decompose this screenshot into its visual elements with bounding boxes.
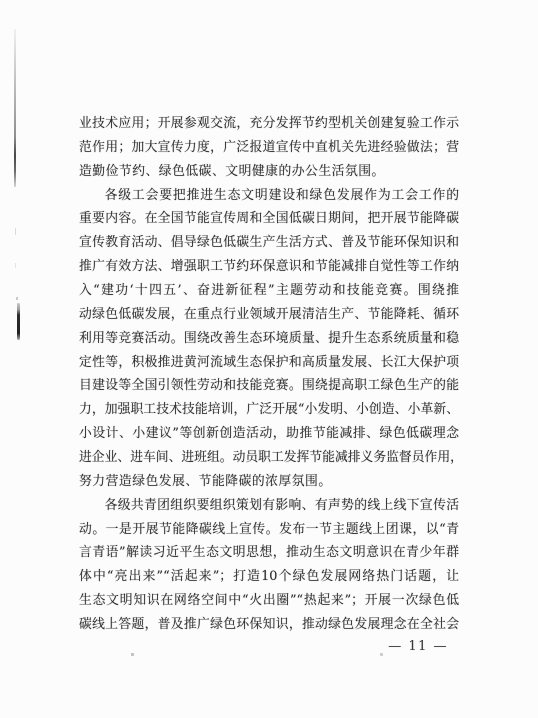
text-line: 体中“亮出来”“活起来”；打造10个绿色发展网络热门话题，让 [79, 565, 459, 589]
text-line: 重要内容。在全国节能宣传周和全国低碳日期间，把开展节能降碳 [79, 207, 459, 231]
text-line: 目建设等全国引领性劳动和技能竞赛。围绕提高职工绿色生产的能 [79, 374, 459, 398]
text-line: 各级共青团组织要组织策划有影响、有声势的线上线下宣传活 [79, 494, 459, 518]
text-line: 业技术应用；开展参观交流，充分发挥节约型机关创建复验工作示 [79, 112, 459, 136]
text-line: 宣传教育活动、倡导绿色低碳生产生活方式、普及节能环保知识和 [79, 231, 459, 255]
text-line: 各级工会要把推进生态文明建设和绿色发展作为工会工作的 [79, 184, 459, 208]
text-line: 言青语”解读习近平生态文明思想，推动生态文明意识在青少年群 [79, 541, 459, 565]
scanned-document-page: 业技术应用；开展参观交流，充分发挥节约型机关创建复验工作示 范作用；加大宣传力度… [0, 0, 538, 718]
page-number: — 11 — [388, 639, 448, 654]
scan-dark-dash-artifact [17, 303, 20, 340]
text-line: 进企业、进车间、进班组。动员职工发挥节能减排义务监督员作用， [79, 446, 459, 470]
scan-ink-dot-artifact [380, 653, 383, 656]
text-line: 范作用；加大宣传力度，广泛报道宣传中直机关先进经验做法；营 [79, 136, 459, 160]
scan-speck-artifact [15, 228, 16, 235]
scan-streak-artifact [14, 29, 16, 187]
text-line: 小设计、小建议”等创新创造活动，助推节能减排、绿色低碳理念 [79, 422, 459, 446]
text-line: 利用等竞赛活动。围绕改善生态环境质量、提升生态系统质量和稳 [79, 327, 459, 351]
text-line: 动绿色低碳发展，在重点行业领域开展清洁生产、节能降耗、循环 [79, 303, 459, 327]
document-body: 业技术应用；开展参观交流，充分发挥节约型机关创建复验工作示 范作用；加大宣传力度… [79, 112, 459, 637]
text-line: 动。一是开展节能降碳线上宣传。发布一节主题线上团课，以“青 [79, 518, 459, 542]
text-line: 生态文明知识在网络空间中“火出圈”“热起来”；开展一次绿色低 [79, 589, 459, 613]
text-line: 定性等，积极推进黄河流域生态保护和高质量发展、长江大保护项 [79, 351, 459, 375]
scan-speck-artifact [16, 297, 18, 300]
text-line: 力，加强职工技术技能培训，广泛开展“小发明、小创造、小革新、 [79, 398, 459, 422]
scan-speck-artifact [15, 263, 16, 268]
text-line: 入“建功‘十四五’、奋进新征程”主题劳动和技能竞赛。围绕推 [79, 279, 459, 303]
text-line: 造勤俭节约、绿色低碳、文明健康的办公生活氛围。 [79, 160, 459, 184]
text-line: 努力营造绿色发展、节能降碳的浓厚氛围。 [79, 470, 459, 494]
text-line: 推广有效方法、增强职工节约环保意识和节能减排自觉性等工作纳 [79, 255, 459, 279]
scan-ink-dot-artifact [131, 653, 134, 656]
text-line: 碳线上答题，普及推广绿色环保知识，推动绿色发展理念在全社会 [79, 613, 459, 637]
